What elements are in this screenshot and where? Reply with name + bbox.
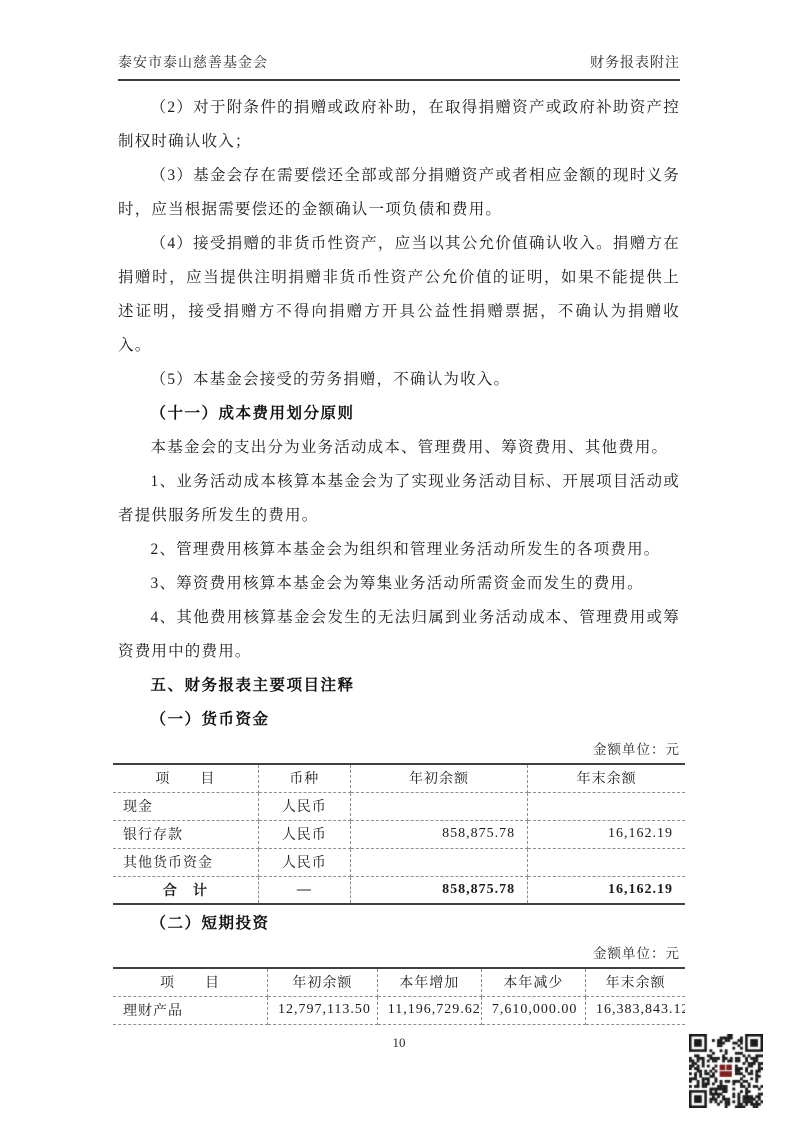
heading-short-term-investment: （二）短期投资 [118, 907, 680, 941]
table-cell [350, 792, 527, 820]
paragraph-cost-1: 1、业务活动成本核算本基金会为了实现业务活动目标、开展项目活动或者提供服务所发生… [118, 465, 680, 533]
table-row: 银行存款 人民币 858,875.78 16,162.19 [113, 820, 685, 848]
table-header-row: 项 目 年初余额 本年增加 本年减少 年末余额 [113, 968, 685, 996]
body-text: （2）对于附条件的捐赠或政府补助，在取得捐赠资产或政府补助资产控制权时确认收入；… [118, 91, 680, 737]
monetary-funds-table: 项 目 币种 年初余额 年末余额 现金 人民币 银行存款 人民币 858,875… [113, 763, 685, 905]
unit-label-table2: 金额单位：元 [118, 941, 680, 967]
table-cell: 7,610,000.00 [481, 996, 585, 1024]
table-row: 其他货币资金 人民币 [113, 848, 685, 876]
paragraph-nonmonetary-donation: （4）接受捐赠的非货币性资产，应当以其公允价值确认收入。捐赠方在捐赠时，应当提供… [118, 227, 680, 363]
column-header: 本年减少 [481, 968, 585, 996]
table-cell: 16,383,843.12 [585, 996, 685, 1024]
page-number: 10 [118, 1035, 680, 1051]
table-cell: — [258, 876, 350, 904]
heading-monetary-funds: （一）货币资金 [118, 703, 680, 737]
paragraph-expense-intro: 本基金会的支出分为业务活动成本、管理费用、筹资费用、其他费用。 [118, 431, 680, 465]
paragraph-service-donation: （5）本基金会接受的劳务捐赠，不确认为收入。 [118, 363, 680, 397]
table-cell: 银行存款 [113, 820, 258, 848]
table-cell: 16,162.19 [528, 876, 685, 904]
header-org-name: 泰安市泰山慈善基金会 [118, 52, 268, 72]
column-header: 年末余额 [528, 764, 685, 792]
short-term-investment-table: 项 目 年初余额 本年增加 本年减少 年末余额 理财产品 12,797,113.… [113, 967, 685, 1025]
table-cell [528, 792, 685, 820]
unit-label-table1: 金额单位：元 [118, 737, 680, 763]
column-header: 年末余额 [585, 968, 685, 996]
table-cell [350, 848, 527, 876]
paragraph-cost-2: 2、管理费用核算本基金会为组织和管理业务活动所发生的各项费用。 [118, 533, 680, 567]
paragraph-repay-obligation: （3）基金会存在需要偿还全部或部分捐赠资产或者相应金额的现时义务时，应当根据需要… [118, 159, 680, 227]
qr-code-icon [689, 1034, 763, 1108]
table-cell: 16,162.19 [528, 820, 685, 848]
paragraph-conditional-donation: （2）对于附条件的捐赠或政府补助，在取得捐赠资产或政府补助资产控制权时确认收入； [118, 91, 680, 159]
table-cell: 858,875.78 [350, 820, 527, 848]
table-cell: 人民币 [258, 820, 350, 848]
table-cell [528, 848, 685, 876]
table-cell: 现金 [113, 792, 258, 820]
page-header: 泰安市泰山慈善基金会 财务报表附注 [118, 52, 680, 81]
column-header: 项 目 [113, 968, 267, 996]
table-cell: 12,797,113.50 [267, 996, 377, 1024]
table-cell: 其他货币资金 [113, 848, 258, 876]
column-header: 本年增加 [377, 968, 481, 996]
column-header: 项 目 [113, 764, 258, 792]
heading-section-5: 五、财务报表主要项目注释 [118, 669, 680, 703]
table-row: 理财产品 12,797,113.50 11,196,729.62 7,610,0… [113, 996, 685, 1024]
table-total-row: 合 计 — 858,875.78 16,162.19 [113, 876, 685, 904]
table-row: 现金 人民币 [113, 792, 685, 820]
table-cell: 11,196,729.62 [377, 996, 481, 1024]
document-page: 泰安市泰山慈善基金会 财务报表附注 （2）对于附条件的捐赠或政府补助，在取得捐赠… [0, 0, 794, 1123]
header-doc-title: 财务报表附注 [590, 52, 680, 72]
table-cell: 858,875.78 [350, 876, 527, 904]
page-content: 泰安市泰山慈善基金会 财务报表附注 （2）对于附条件的捐赠或政府补助，在取得捐赠… [118, 52, 680, 1051]
table-cell: 理财产品 [113, 996, 267, 1024]
table-cell: 合 计 [113, 876, 258, 904]
paragraph-cost-3: 3、筹资费用核算本基金会为筹集业务活动所需资金而发生的费用。 [118, 567, 680, 601]
paragraph-cost-4: 4、其他费用核算基金会发生的无法归属到业务活动成本、管理费用或筹资费用中的费用。 [118, 601, 680, 669]
table-header-row: 项 目 币种 年初余额 年末余额 [113, 764, 685, 792]
column-header: 币种 [258, 764, 350, 792]
column-header: 年初余额 [350, 764, 527, 792]
table-cell: 人民币 [258, 792, 350, 820]
table-cell: 人民币 [258, 848, 350, 876]
heading-cost-division: （十一）成本费用划分原则 [118, 397, 680, 431]
column-header: 年初余额 [267, 968, 377, 996]
